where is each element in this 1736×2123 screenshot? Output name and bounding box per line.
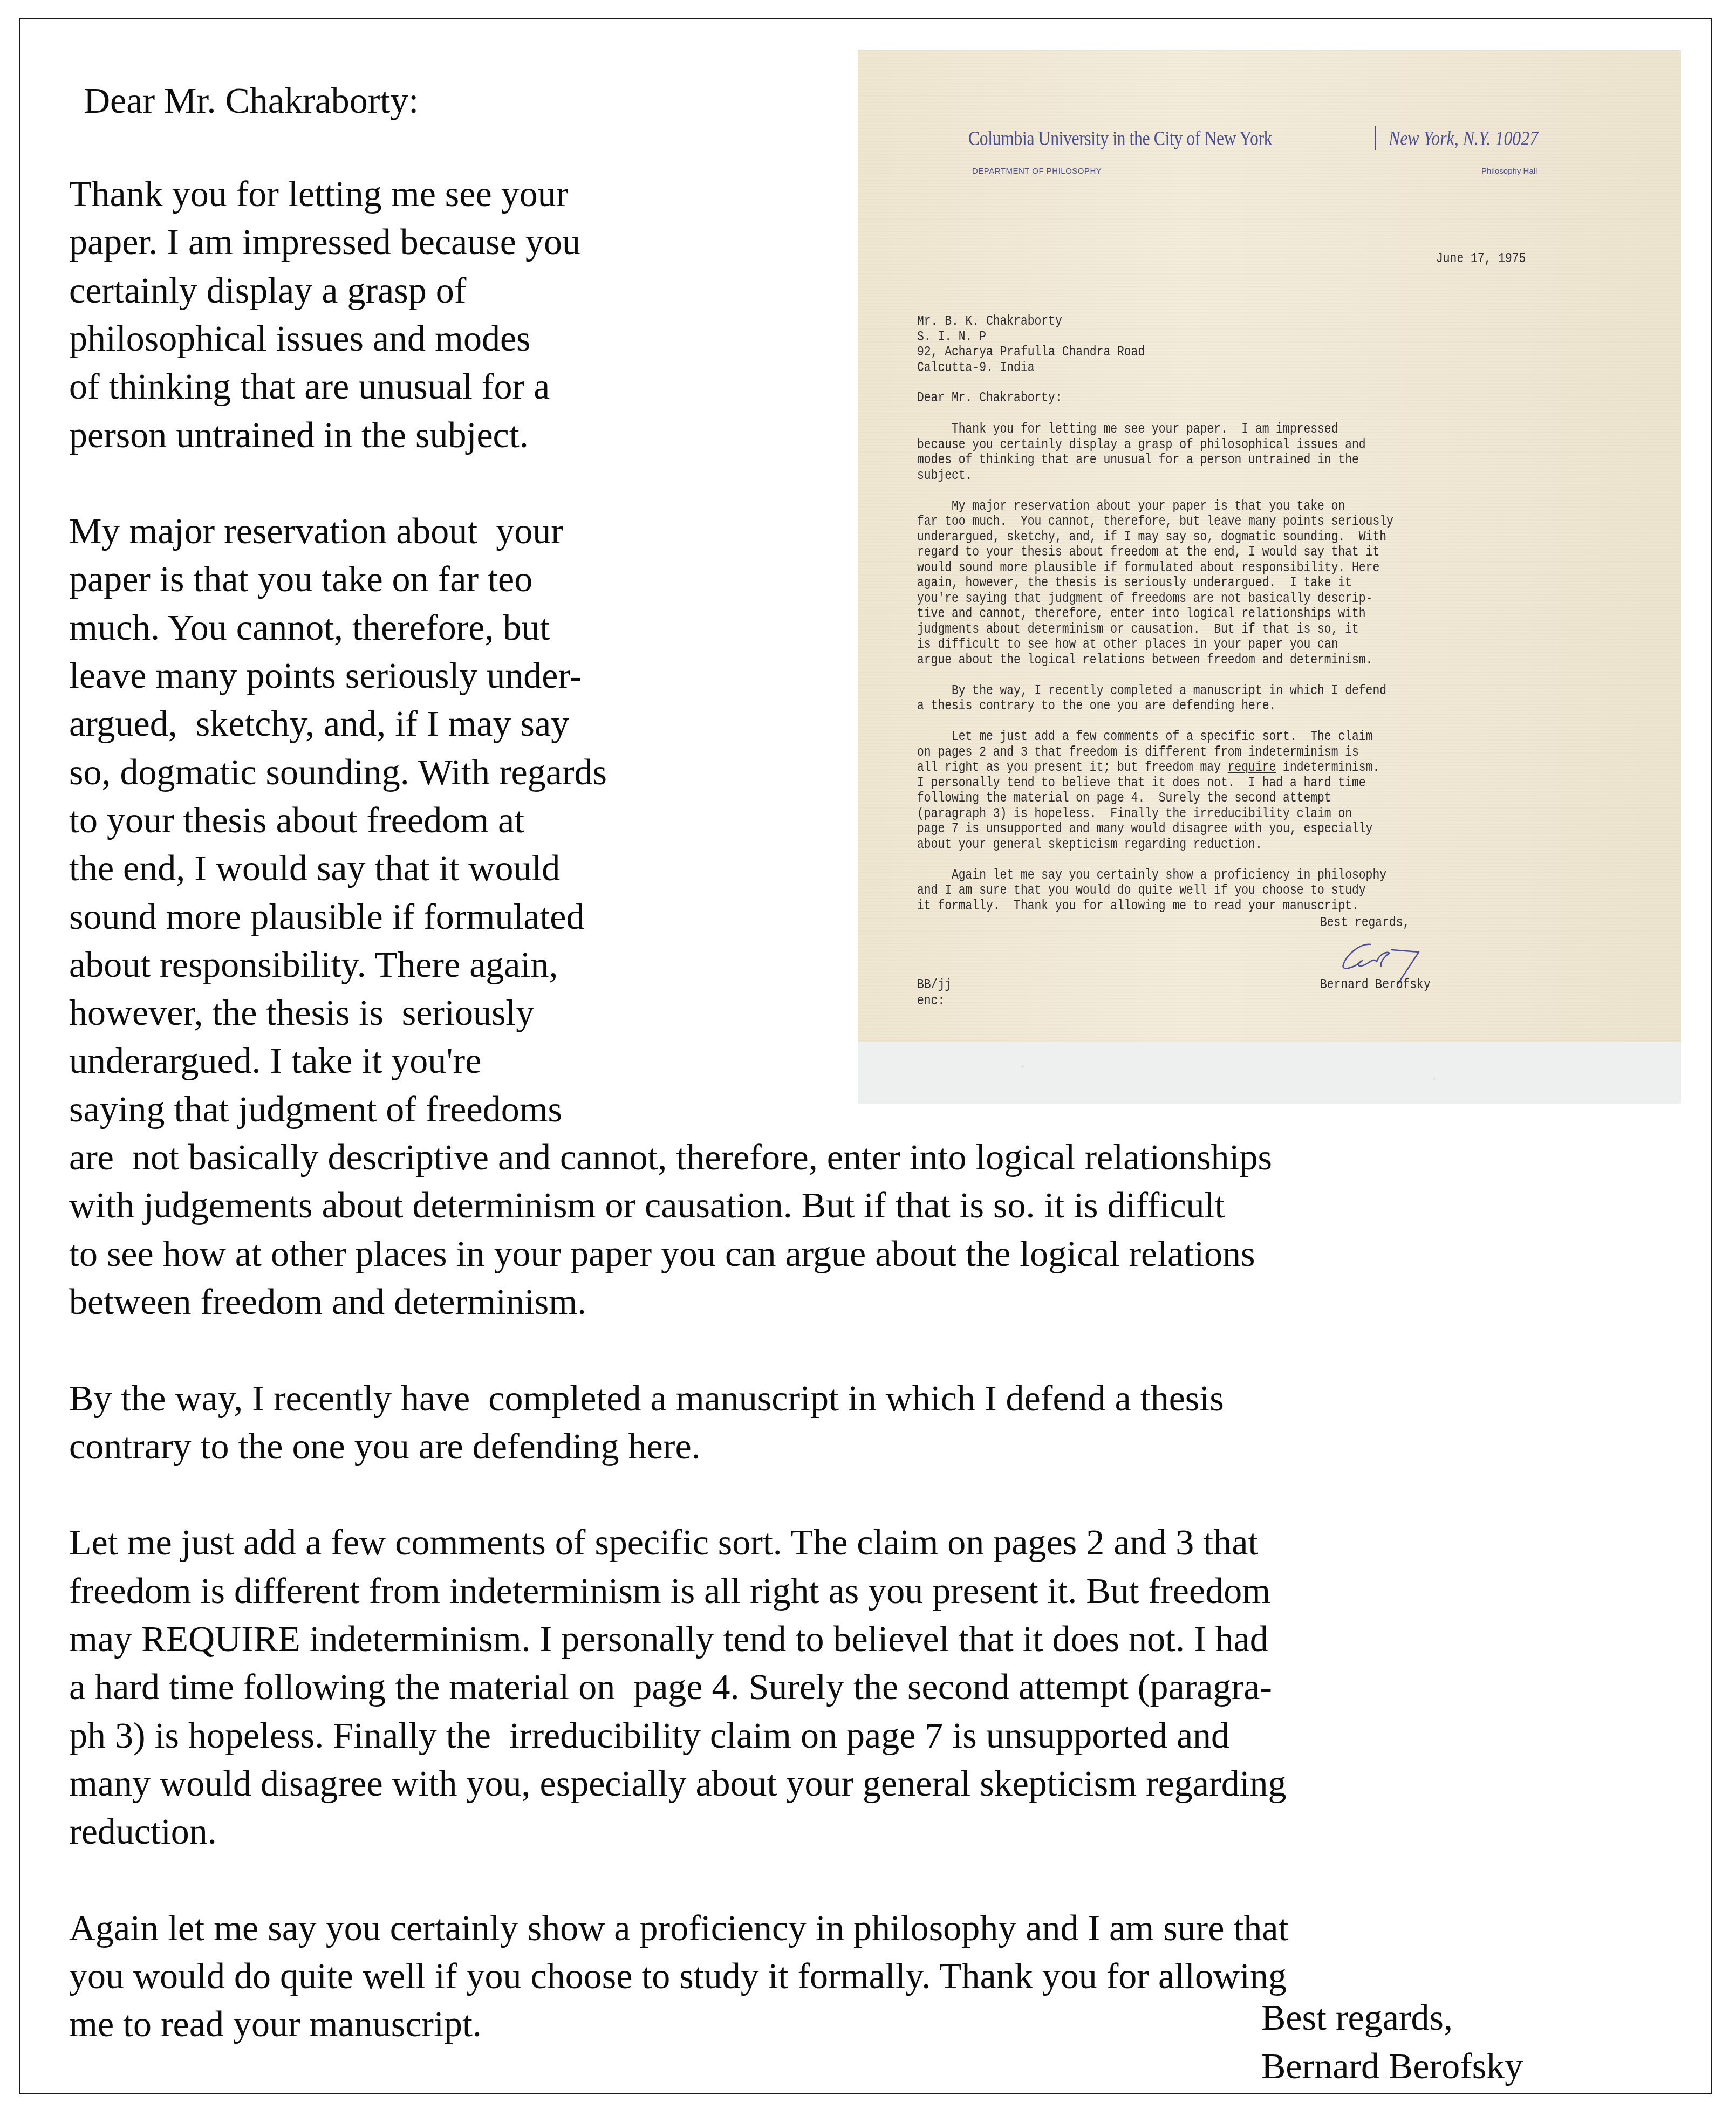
transcription-line: paper is that you take on far teo (69, 560, 532, 597)
transcription-line: My major reservation about your (69, 512, 563, 549)
letter-body-line: far too much. You cannot, therefore, but… (917, 513, 1393, 529)
letter-body-line: underargued, sketchy, and, if I may say … (917, 529, 1393, 545)
transcription-line: person untrained in the subject. (69, 416, 529, 453)
paragraph-gap (917, 714, 1393, 729)
letter-closing: Best regards, (1320, 915, 1410, 930)
transcription-line: philosophical issues and modes (69, 320, 531, 357)
transcription-line: however, the thesis is seriously (69, 994, 534, 1031)
transcription-line: between freedom and determinism. (69, 1283, 586, 1320)
letter-body-line: it formally. Thank you for allowing me t… (917, 898, 1393, 914)
letter-body-line: judgments about determinism or causation… (917, 621, 1393, 637)
letter-body-line: Again let me say you certainly show a pr… (917, 867, 1393, 883)
transcription-line: certainly display a grasp of (69, 272, 466, 309)
letter-body-line: you're saying that judgment of freedoms … (917, 591, 1393, 606)
letter-body-line: again, however, the thesis is seriously … (917, 575, 1393, 591)
transcription-signature: Bernard Berofsky (1261, 2047, 1523, 2084)
letter-body-line: modes of thinking that are unusual for a… (917, 452, 1393, 468)
transcription-line: ph 3) is hopeless. Finally the irreducib… (69, 1717, 1229, 1754)
letter-body-line: Thank you for letting me see your paper.… (917, 421, 1393, 437)
transcription-line: a hard time following the material on pa… (69, 1668, 1272, 1705)
transcription-line: are not basically descriptive and cannot… (69, 1139, 1272, 1175)
transcription-line: you would do quite well if you choose to… (69, 1957, 1287, 1994)
letter-body: Thank you for letting me see your paper.… (917, 421, 1393, 913)
letter-body-line: all right as you present it; but freedom… (917, 759, 1393, 775)
transcription-line: to see how at other places in your paper… (69, 1235, 1255, 1272)
letter-body-line: on pages 2 and 3 that freedom is differe… (917, 744, 1393, 760)
transcription-line: freedom is different from indeterminism … (69, 1572, 1270, 1609)
letter-salutation: Dear Mr. Chakraborty: (917, 390, 1062, 406)
letter-body-line: because you certainly display a grasp of… (917, 437, 1393, 453)
letter-body-line: (paragraph 3) is hopeless. Finally the i… (917, 806, 1393, 821)
scanned-letter-image: Columbia University in the City of New Y… (858, 50, 1681, 1104)
letter-body-line: following the material on page 4. Surely… (917, 790, 1393, 806)
transcription-line: Again let me say you certainly show a pr… (69, 1909, 1288, 1946)
transcription-line: to your thesis about freedom at (69, 802, 524, 838)
letter-body-line: would sound more plausible if formulated… (917, 560, 1393, 576)
transcription-line: leave many points seriously under- (69, 657, 582, 694)
transcription-line: much. You cannot, therefore, but (69, 609, 550, 646)
letter-date: June 17, 1975 (1436, 251, 1526, 266)
transcription-salutation: Dear Mr. Chakraborty: (84, 82, 419, 119)
transcription-line: me to read your manuscript. (69, 2005, 482, 2042)
transcription-line: argued, sketchy, and, if I may say (69, 705, 569, 742)
letterhead-institution: Columbia University in the City of New Y… (968, 127, 1272, 150)
transcription-line: Thank you for letting me see your (69, 175, 568, 212)
letter-body-line: tive and cannot, therefore, enter into l… (917, 606, 1393, 621)
letter-address: Mr. B. K. Chakraborty S. I. N. P 92, Ach… (917, 313, 1145, 375)
transcription-line: so, dogmatic sounding. With regards (69, 754, 607, 790)
letter-body-line: about your general skepticism regarding … (917, 837, 1393, 852)
letter-body-line: page 7 is unsupported and many would dis… (917, 821, 1393, 837)
transcription-line: paper. I am impressed because you (69, 223, 580, 260)
transcription-line: the end, I would say that it would (69, 850, 560, 886)
letterhead-divider (1375, 126, 1376, 150)
letter-body-line: regard to your thesis about freedom at t… (917, 544, 1393, 560)
letter-body-line: I personally tend to believe that it doe… (917, 775, 1393, 791)
underlined-word: require (1228, 759, 1276, 775)
letter-body-line: My major reservation about your paper is… (917, 498, 1393, 514)
transcription-line: may REQUIRE indeterminism. I personally … (69, 1620, 1268, 1657)
transcription-line: about responsibility. There again, (69, 946, 558, 983)
letterhead-department: DEPARTMENT OF PHILOSOPHY (972, 167, 1102, 176)
transcription-line: with judgements about determinism or cau… (69, 1187, 1225, 1223)
letter-signer: Bernard Berofsky (1320, 977, 1431, 992)
letter-reference: BB/jj (917, 977, 952, 992)
paragraph-gap (917, 852, 1393, 867)
letter-body-line: a thesis contrary to the one you are def… (917, 698, 1393, 714)
transcription-line: underargued. I take it you're (69, 1042, 481, 1079)
transcription-line: of thinking that are unusual for a (69, 368, 550, 405)
letter-body-line: argue about the logical relations betwee… (917, 652, 1393, 668)
paragraph-gap (917, 667, 1393, 683)
letter-body-line: is difficult to see how at other places … (917, 636, 1393, 652)
letter-body-line: subject. (917, 468, 1393, 483)
transcription-closing: Best regards, (1261, 1999, 1453, 2036)
transcription-line: saying that judgment of freedoms (69, 1091, 562, 1127)
transcription-line: reduction. (69, 1813, 217, 1850)
letter-body-line: Let me just add a few comments of a spec… (917, 729, 1393, 744)
paragraph-gap (917, 483, 1393, 498)
letterhead-building: Philosophy Hall (1481, 167, 1537, 176)
transcription-line: By the way, I recently have completed a … (69, 1380, 1224, 1416)
transcription-line: many would disagree with you, especially… (69, 1765, 1287, 1802)
letter-body-line: By the way, I recently completed a manus… (917, 683, 1393, 698)
transcription-line: sound more plausible if formulated (69, 898, 585, 935)
transcription-line: contrary to the one you are defending he… (69, 1428, 701, 1464)
letter-enclosure: enc: (917, 993, 945, 1009)
letter-body-line: and I am sure that you would do quite we… (917, 882, 1393, 898)
transcription-line: Let me just add a few comments of specif… (69, 1524, 1258, 1560)
letterhead-city: New York, N.Y. 10027 (1389, 127, 1538, 150)
scan-background (858, 1042, 1681, 1104)
